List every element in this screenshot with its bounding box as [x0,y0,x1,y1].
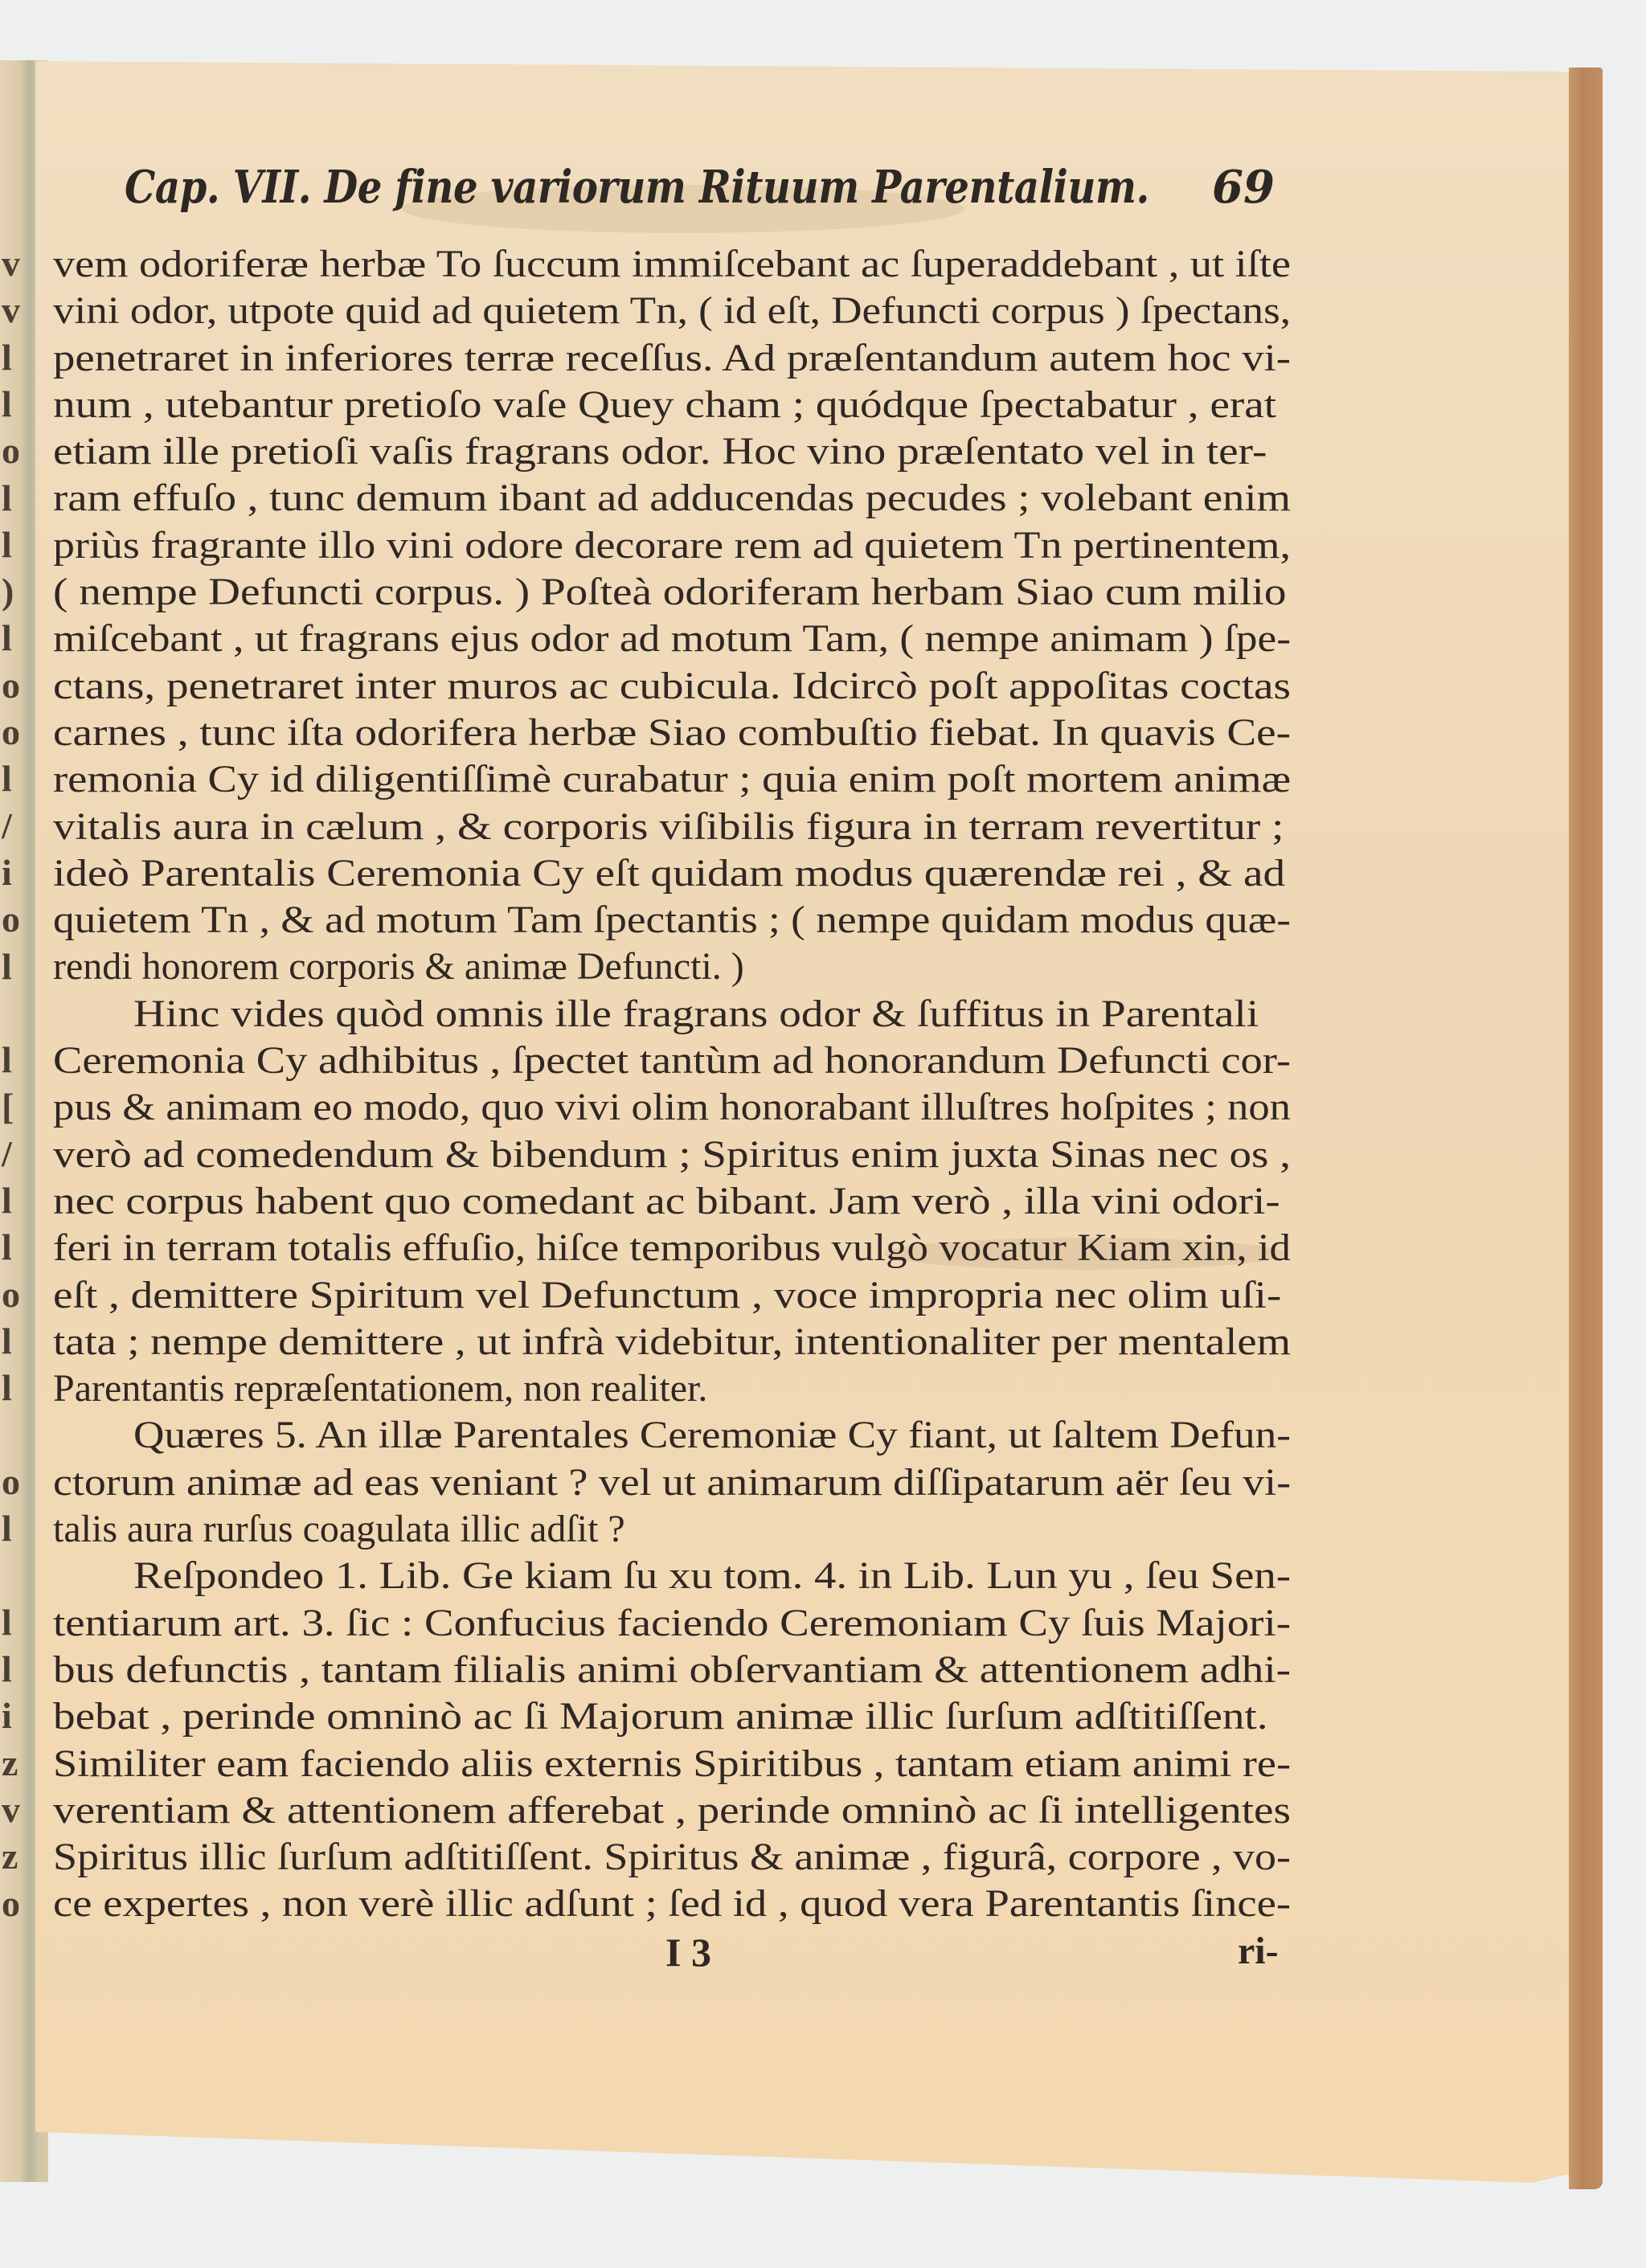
facing-page-letter: l [2,1604,18,1641]
text-line: Spiritus illic ſurſum adſtitiſſent. Spir… [53,1834,1291,1881]
facing-page-letter: l [2,620,18,657]
facing-page-letter: o [2,432,18,469]
facing-page-letter: i [2,854,18,891]
text-line: Hinc vides quòd omnis ille fragrans odor… [53,991,1291,1038]
text-line: num , utebantur pretioſo vaſe Quey cham … [53,382,1291,428]
text-line: quietem Tn , & ad motum Tam ſpectantis ;… [53,897,1291,944]
facing-page-letter: v [2,245,18,282]
text-line: bebat , perinde omninò ac ſi Majorum ani… [53,1693,1291,1740]
catchword: ri- [1238,1929,1279,1973]
text-line: feri in terram totalis effuſio, hiſce te… [53,1225,1291,1271]
facing-page-letter: l [2,1369,18,1406]
facing-page-letter: [ [2,1088,18,1125]
text-line: verò ad comedendum & bibendum ; Spiritus… [53,1132,1291,1178]
facing-page-letter: i [2,1697,18,1734]
page-number: 69 [1212,161,1275,214]
signature-mark: I 3 [665,1929,711,1975]
running-head-title: Cap. VII. De fine variorum Rituum Parent… [125,161,1149,214]
text-line: miſcebant , ut fragrans ejus odor ad mot… [53,616,1291,662]
text-line: talis aura rurſus coagulata illic adſit … [53,1506,1291,1553]
facing-page-letter: / [2,1136,18,1173]
facing-page-letter: v [2,1791,18,1828]
facing-page-letter: l [2,1651,18,1688]
facing-page-letter: l [2,948,18,985]
text-line: Reſpondeo 1. Lib. Ge kiam ſu xu tom. 4. … [53,1553,1291,1599]
text-line: ctorum animæ ad eas veniant ? vel ut ani… [53,1459,1291,1506]
text-line: vem odoriferæ herbæ To ſuccum immiſceban… [53,241,1291,288]
text-line: pus & animam eo modo, quo vivi olim hono… [53,1084,1291,1131]
text-line: nec corpus habent quo comedant ac bibant… [53,1178,1291,1225]
page-fore-edge [1569,68,1603,2189]
text-line: Similiter eam faciendo aliis externis Sp… [53,1741,1291,1787]
text-line: remonia Cy id diligentiſſimè curabatur ;… [53,756,1291,803]
text-line: verentiam & attentionem afferebat , peri… [53,1787,1291,1834]
facing-page-letter: l [2,1182,18,1219]
facing-page-letter: o [2,667,18,704]
text-line: tata ; nempe demittere , ut infrà videbi… [53,1319,1291,1365]
running-head: Cap. VII. De fine variorum Rituum Parent… [125,161,1290,225]
text-line: vitalis aura in cælum , & corporis viſib… [53,804,1291,850]
text-line: ce expertes , non verè illic adſunt ; ſe… [53,1881,1291,1927]
facing-page-letter: l [2,526,18,563]
facing-page-letter: o [2,1885,18,1922]
facing-page-letter: o [2,1276,18,1313]
text-line: Ceremonia Cy adhibitus , ſpectet tantùm … [53,1038,1291,1084]
facing-page-letter: v [2,292,18,329]
facing-page-letter: o [2,1464,18,1500]
text-line: vini odor, utpote quid ad quietem Tn, ( … [53,288,1291,334]
text-line: ( nempe Defuncti corpus. ) Poſteà odorif… [53,569,1291,616]
text-line: eſt , demittere Spiritum vel Defunctum ,… [53,1272,1291,1319]
text-line: Parentantis repræſentationem, non realit… [53,1365,1291,1412]
facing-page-letter: l [2,386,18,423]
text-line: bus defunctis , tantam filialis animi ob… [53,1647,1291,1693]
text-line: etiam ille pretioſi vaſis fragrans odor.… [53,428,1291,475]
text-line: ram effuſo , tunc demum ibant ad adducen… [53,475,1291,522]
text-line: ctans, penetraret inter muros ac cubicul… [53,663,1291,710]
text-line: priùs fragrante illo vini odore decorare… [53,522,1291,569]
text-line: Quæres 5. An illæ Parentales Ceremoniæ C… [53,1412,1291,1459]
facing-page-letter: / [2,808,18,845]
text-line: rendi honorem corporis & animæ Defuncti.… [53,944,1291,990]
facing-page-letter: l [2,480,18,517]
facing-page-letter: l [2,1229,18,1266]
facing-page-letter: l [2,760,18,797]
text-line: carnes , tunc iſta odorifera herbæ Siao … [53,710,1291,756]
facing-page-letter: z [2,1745,18,1782]
text-line: tentiarum art. 3. ſic : Confucius facien… [53,1600,1291,1647]
facing-page-letter: l [2,1323,18,1360]
facing-page-letter: z [2,1838,18,1875]
facing-page-letter: o [2,901,18,938]
facing-page-letter: l [2,1510,18,1547]
facing-page-letter: l [2,1042,18,1079]
facing-page-letter: o [2,714,18,751]
body-text: vem odoriferæ herbæ To ſuccum immiſceban… [53,241,1291,1928]
text-line: ideò Parentalis Ceremonia Cy eſt quidam … [53,850,1291,897]
text-line: penetraret in inferiores terræ receſſus.… [53,335,1291,382]
facing-page-letter: ) [2,573,18,610]
facing-page-letter: l [2,339,18,376]
